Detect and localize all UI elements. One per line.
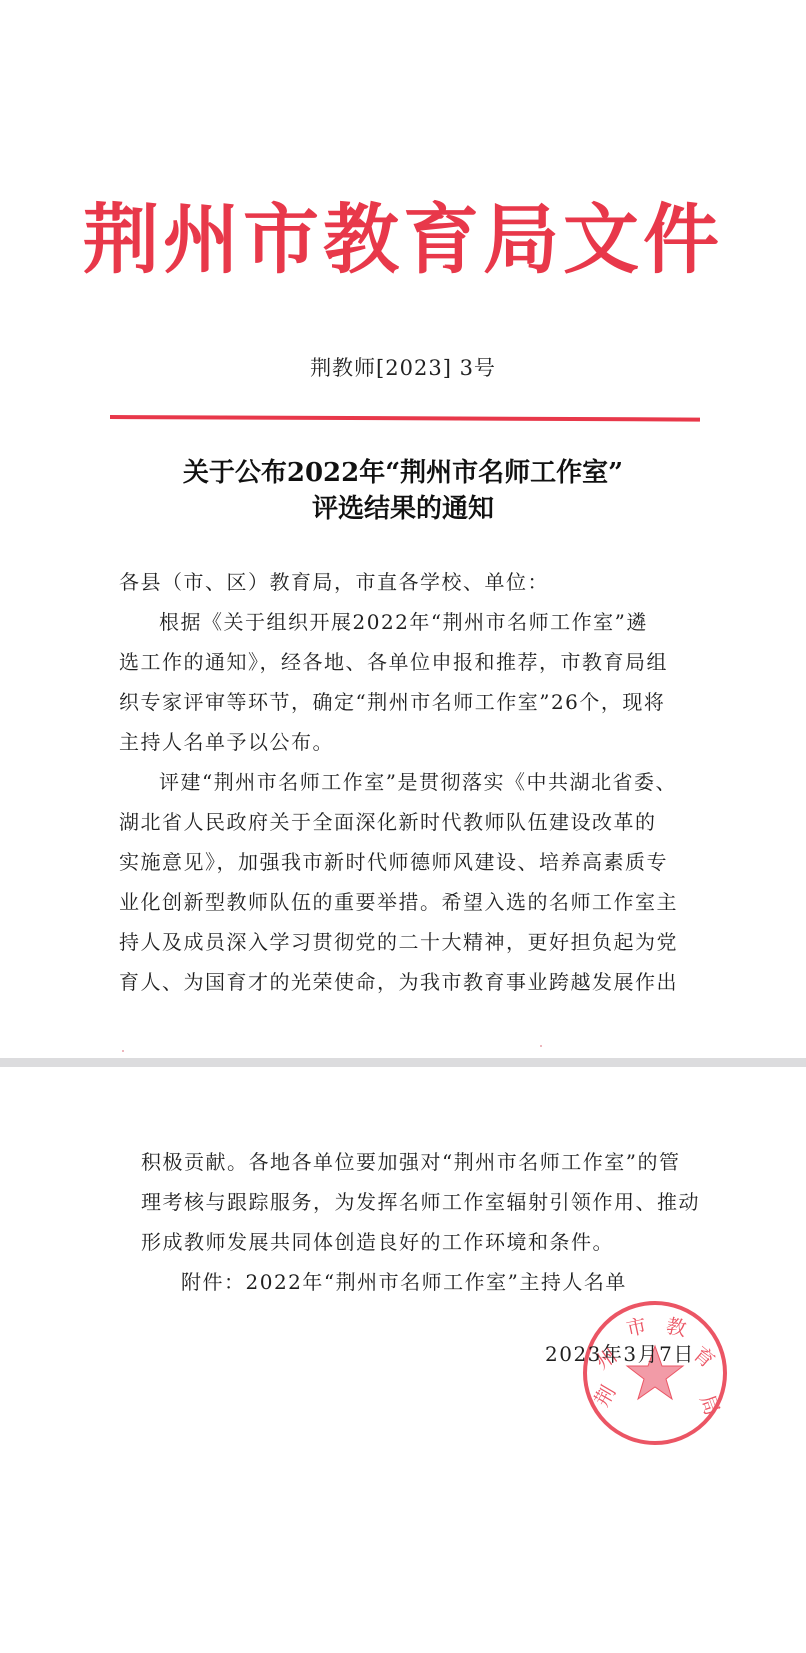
scan-speck (540, 1045, 542, 1047)
body-line: 实施意见》，加强我市新时代师德师风建设、培养高素质专 (119, 842, 679, 882)
document-page-1: 荆州市教育局文件 荆教师[2023] 3号 关于公布2022年“荆州市名师工作室… (0, 0, 806, 1058)
body-line: 评建“荆州市名师工作室”是贯彻落实《中共湖北省委、 (119, 762, 679, 802)
notice-title: 关于公布2022年“荆州市名师工作室” 评选结果的通知 (100, 455, 706, 527)
svg-text:局: 局 (695, 1392, 724, 1419)
body-line: 湖北省人民政府关于全面深化新时代教师队伍建设改革的 (119, 802, 679, 842)
body-line: 持人及成员深入学习贯彻党的二十大精神，更好担负起为党 (119, 922, 679, 962)
body-line: 育人、为国育才的光荣使命，为我市教育事业跨越发展作出 (119, 962, 679, 1002)
body-text-page-1: 各县（市、区）教育局，市直各学校、单位： 根据《关于组织开展2022年“荆州市名… (119, 562, 679, 1002)
issue-date: 2023年3月7日 (545, 1338, 695, 1367)
body-line: 根据《关于组织开展2022年“荆州市名师工作室”遴 (119, 602, 679, 642)
attachment-line: 附件：2022年“荆州市名师工作室”主持人名单 (141, 1262, 701, 1302)
masthead-title: 荆州市教育局文件 (0, 195, 806, 285)
body-line: 选工作的通知》，经各地、各单位申报和推荐，市教育局组 (119, 642, 679, 682)
body-line: 各县（市、区）教育局，市直各学校、单位： (119, 562, 679, 602)
body-line: 业化创新型教师队伍的重要举措。希望入选的名师工作室主 (119, 882, 679, 922)
body-line: 理考核与跟踪服务，为发挥名师工作室辐射引领作用、推动 (141, 1182, 701, 1222)
svg-text:市: 市 (624, 1313, 649, 1341)
notice-title-line-1: 关于公布2022年“荆州市名师工作室” (100, 455, 706, 491)
body-line: 形成教师发展共同体创造良好的工作环境和条件。 (141, 1222, 701, 1262)
document-number: 荆教师[2023] 3号 (0, 352, 806, 382)
body-line: 织专家评审等环节，确定“荆州市名师工作室”26个，现将 (119, 682, 679, 722)
body-text-page-2: 积极贡献。各地各单位要加强对“荆州市名师工作室”的管 理考核与跟踪服务，为发挥名… (141, 1142, 701, 1302)
svg-text:教: 教 (664, 1313, 689, 1341)
body-line: 主持人名单予以公布。 (119, 722, 679, 762)
red-divider-line (110, 415, 700, 422)
notice-title-line-2: 评选结果的通知 (100, 491, 706, 527)
page-separator (0, 1058, 806, 1067)
body-line: 积极贡献。各地各单位要加强对“荆州市名师工作室”的管 (141, 1142, 701, 1182)
scan-speck (122, 1050, 124, 1052)
official-seal-icon: 荆 州 市 教 育 局 (580, 1298, 730, 1448)
